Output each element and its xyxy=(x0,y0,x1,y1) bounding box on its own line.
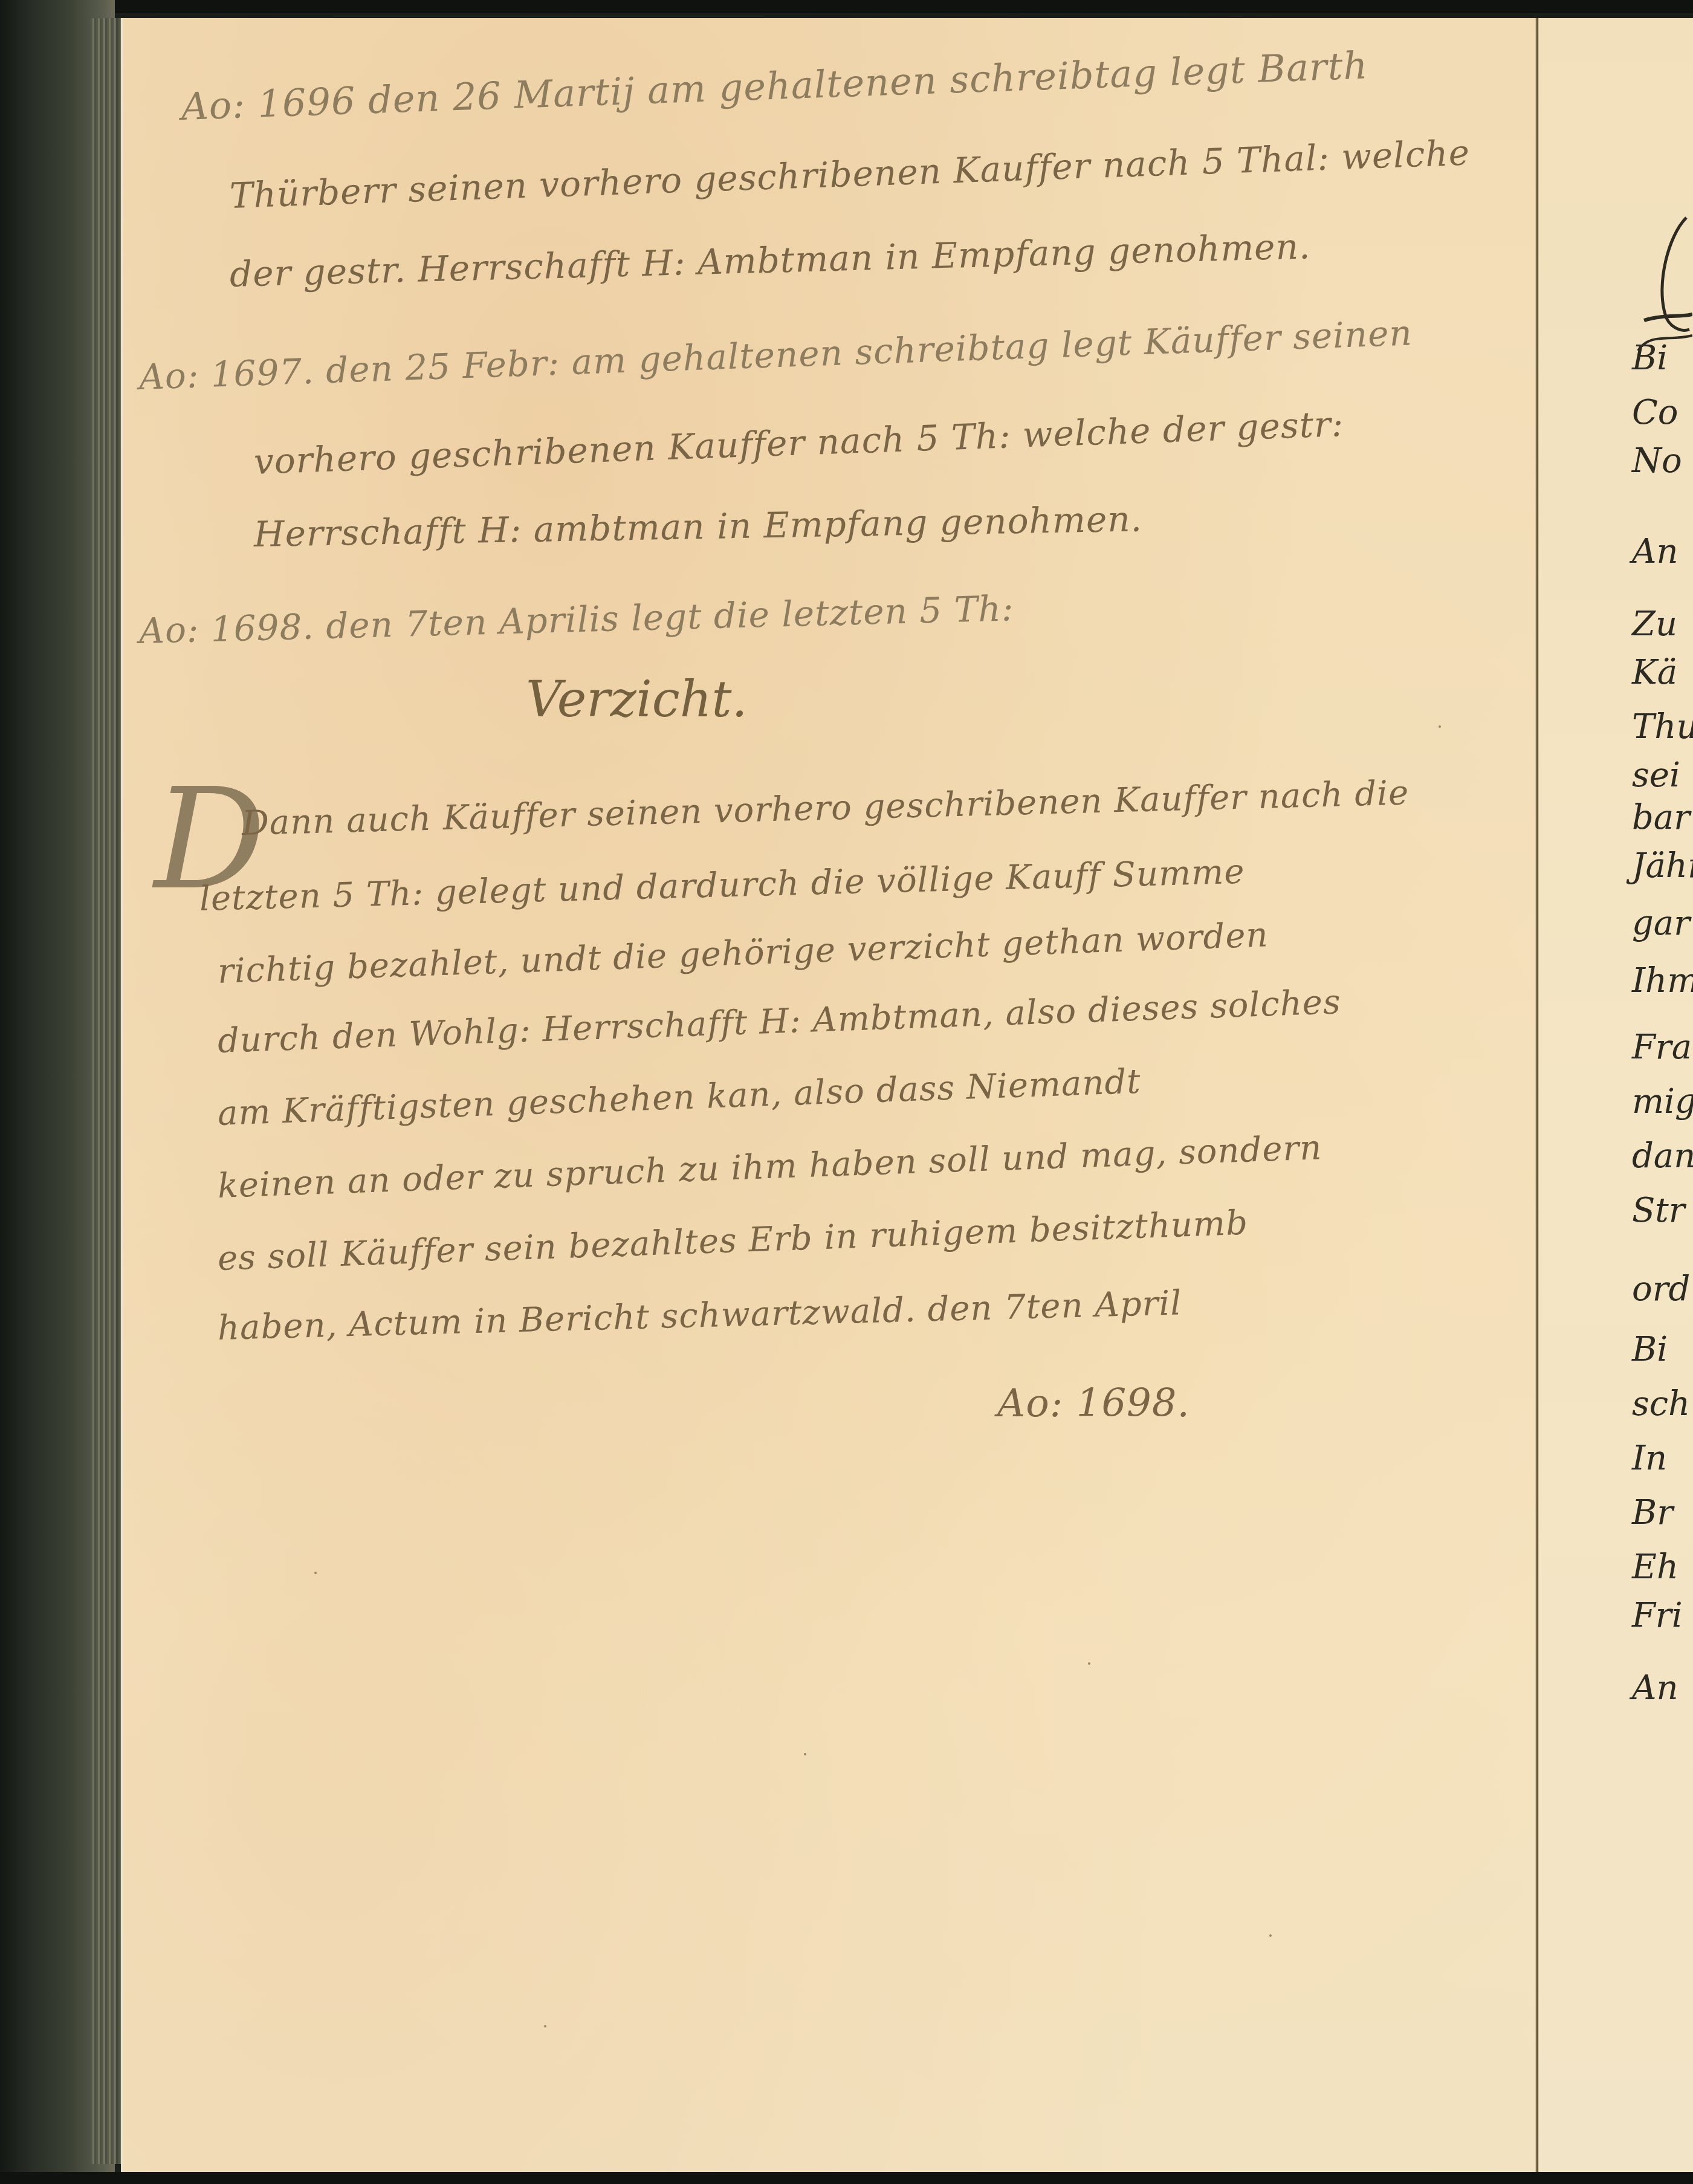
scan-top-border xyxy=(0,0,1693,13)
right-fragment-22: Eh xyxy=(1632,1547,1678,1587)
right-fragment-9: bar xyxy=(1632,798,1690,837)
right-fragment-2: Co xyxy=(1632,393,1678,432)
right-fragment-13: Fra xyxy=(1632,1028,1692,1067)
right-fragment-20: In xyxy=(1632,1439,1667,1478)
right-fragment-15: dan xyxy=(1632,1136,1693,1176)
right-fragment-12: Ihm xyxy=(1632,961,1693,1000)
right-fragment-14: mig xyxy=(1632,1082,1693,1121)
paper-speck xyxy=(1088,1662,1090,1665)
paper-speck xyxy=(804,1753,806,1755)
right-fragment-10: Jähr xyxy=(1632,846,1693,886)
right-page-flourish-icon xyxy=(1632,212,1692,357)
right-fragment-19: sch xyxy=(1632,1384,1690,1424)
verzicht-heading: Verzicht. xyxy=(526,671,748,728)
right-fragment-17: ord xyxy=(1632,1269,1690,1309)
right-fragment-6: Kä xyxy=(1632,653,1677,692)
right-fragment-8: sei xyxy=(1632,756,1680,795)
paper-speck xyxy=(1269,1934,1272,1937)
scan-bottom-border xyxy=(0,2172,1693,2184)
right-fragment-3: No xyxy=(1632,441,1682,481)
paper-speck xyxy=(1439,725,1441,728)
right-fragment-7: Thu xyxy=(1632,707,1693,747)
right-fragment-11: gar xyxy=(1632,904,1690,943)
right-fragment-4: An xyxy=(1632,532,1678,571)
right-fragment-24: An xyxy=(1632,1668,1678,1708)
right-fragment-1: Bi xyxy=(1632,339,1668,378)
right-fragment-5: Zu xyxy=(1632,604,1677,644)
paper-speck xyxy=(544,2025,546,2027)
right-fragment-21: Br xyxy=(1632,1493,1673,1532)
paper-speck xyxy=(314,1572,317,1574)
right-fragment-23: Fri xyxy=(1632,1596,1683,1635)
closing-date: Ao: 1698. xyxy=(997,1381,1190,1426)
right-fragment-16: Str xyxy=(1632,1191,1685,1230)
right-fragment-18: Bi xyxy=(1632,1330,1668,1369)
